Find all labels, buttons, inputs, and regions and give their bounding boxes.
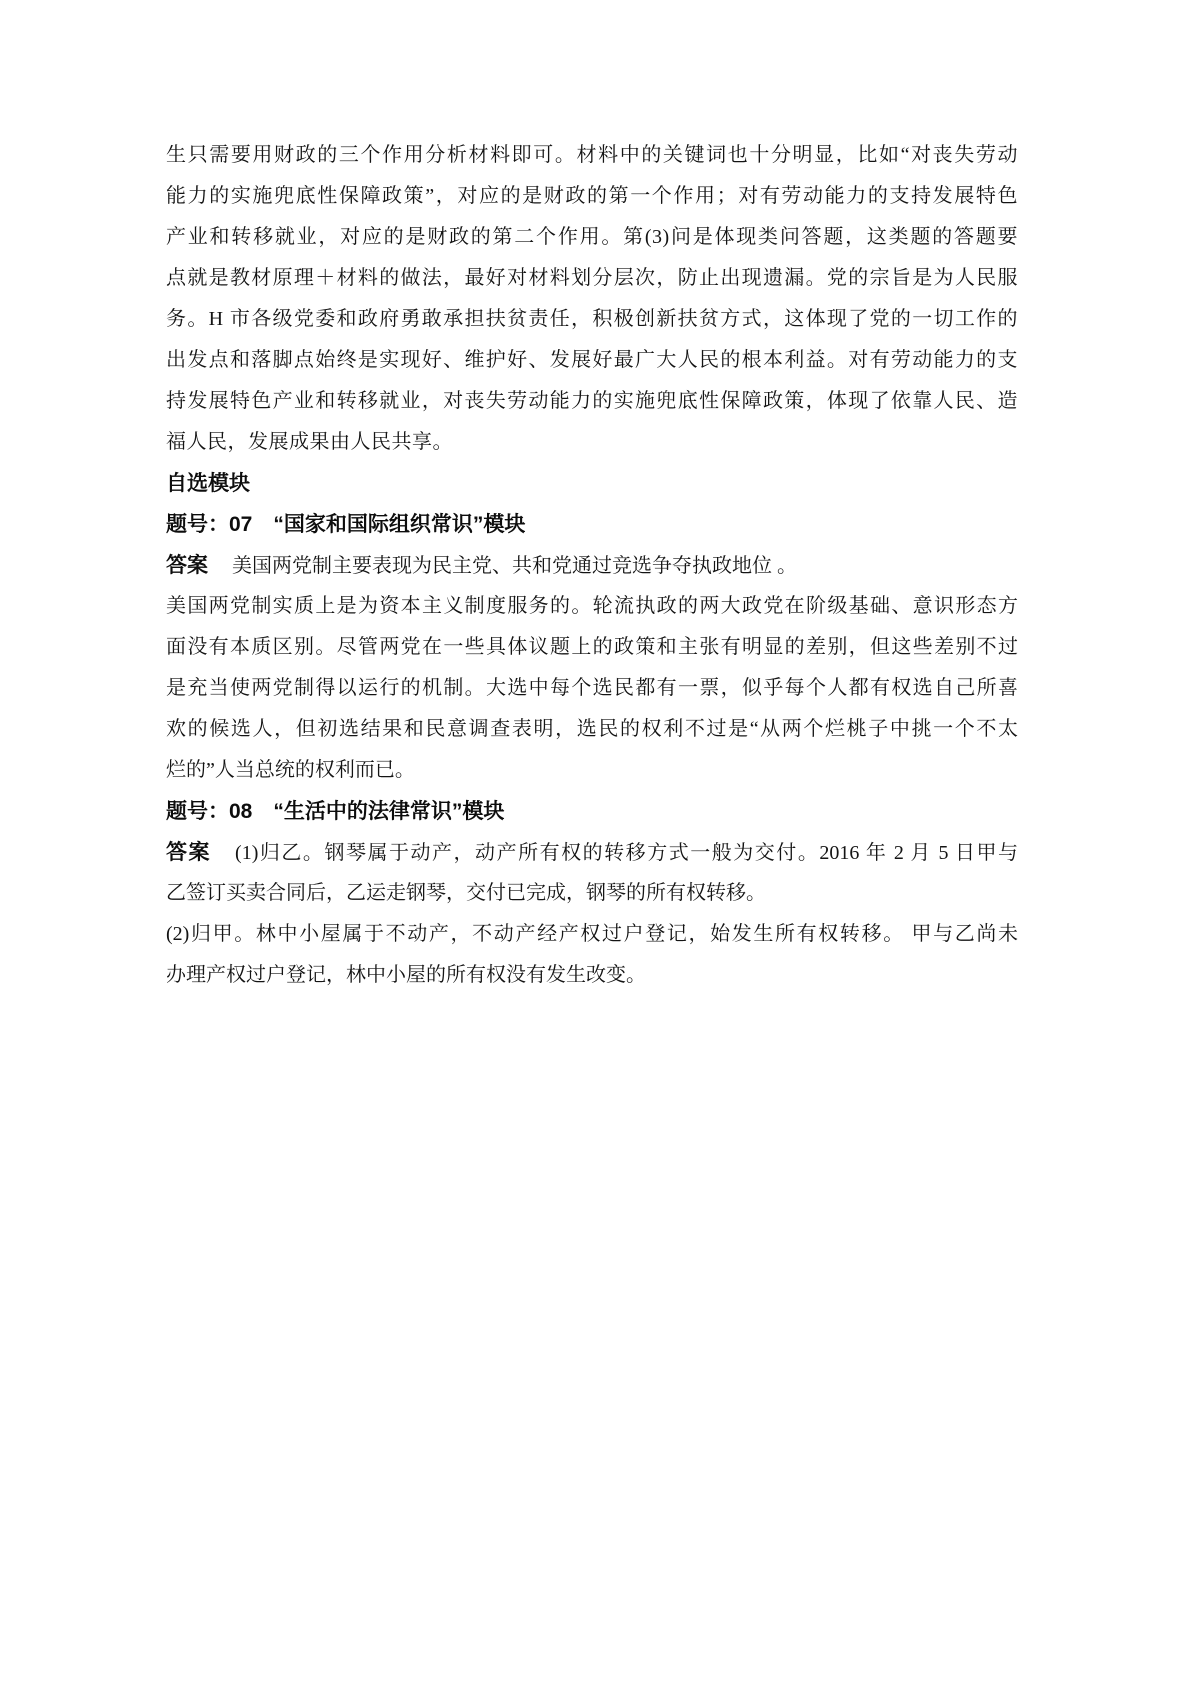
paragraph-line: 欢的候选人，但初选结果和民意调查表明，选民的权利不过是“从两个烂桃子中挑一个不太 — [166, 709, 1018, 750]
section-heading: 题号：08 “生活中的法律常识”模块 — [166, 791, 1018, 832]
section-heading: 题号：07 “国家和国际组织常识”模块 — [166, 504, 1018, 545]
answer-text: (1)归乙。钢琴属于动产，动产所有权的转移方式一般为交付。2016 年 2 月 … — [235, 842, 1018, 864]
paragraph-line: 产业和转移就业，对应的是财政的第二个作用。第(3)问是体现类问答题，这类题的答题… — [166, 217, 1018, 258]
paragraph-line: 福人民，发展成果由人民共享。 — [166, 422, 1018, 463]
paragraph-line: 持发展特色产业和转移就业，对丧失劳动能力的实施兜底性保障政策，体现了依靠人民、造 — [166, 381, 1018, 422]
answer-label: 答案 — [166, 841, 211, 864]
answer-line: 答案(1)归乙。钢琴属于动产，动产所有权的转移方式一般为交付。2016 年 2 … — [166, 832, 1018, 873]
paragraph-line: 出发点和落脚点始终是实现好、维护好、发展好最广大人民的根本利益。对有劳动能力的支 — [166, 340, 1018, 381]
paragraph-line: 务。H 市各级党委和政府勇敢承担扶贫责任，积极创新扶贫方式，这体现了党的一切工作… — [166, 299, 1018, 340]
section-heading: 自选模块 — [166, 463, 1018, 504]
answer-line: 答案美国两党制主要表现为民主党、共和党通过竞选争夺执政地位 。 — [166, 545, 1018, 586]
answer-line: 乙签订买卖合同后，乙运走钢琴，交付已完成，钢琴的所有权转移。 — [166, 873, 1018, 914]
paragraph-line: 烂的”人当总统的权利而已。 — [166, 750, 1018, 791]
paragraph-line: 点就是教材原理＋材料的做法，最好对材料划分层次，防止出现遗漏。党的宗旨是为人民服 — [166, 258, 1018, 299]
answer-text: 美国两党制主要表现为民主党、共和党通过竞选争夺执政地位 。 — [232, 555, 797, 577]
paragraph-line: 能力的实施兜底性保障政策”，对应的是财政的第一个作用；对有劳动能力的支持发展特色 — [166, 176, 1018, 217]
paragraph-line: (2)归甲。林中小屋属于不动产，不动产经产权过户登记，始发生所有权转移。 甲与乙… — [166, 914, 1018, 955]
document-page: 生只需要用财政的三个作用分析材料即可。材料中的关键词也十分明显，比如“对丧失劳动… — [0, 0, 1200, 1698]
paragraph-line: 美国两党制实质上是为资本主义制度服务的。轮流执政的两大政党在阶级基础、意识形态方 — [166, 586, 1018, 627]
paragraph-line: 生只需要用财政的三个作用分析材料即可。材料中的关键词也十分明显，比如“对丧失劳动 — [166, 135, 1018, 176]
document-body: 生只需要用财政的三个作用分析材料即可。材料中的关键词也十分明显，比如“对丧失劳动… — [166, 135, 1018, 996]
paragraph-line: 面没有本质区别。尽管两党在一些具体议题上的政策和主张有明显的差别，但这些差别不过 — [166, 627, 1018, 668]
paragraph-line: 办理产权过户登记，林中小屋的所有权没有发生改变。 — [166, 955, 1018, 996]
answer-label: 答案 — [166, 554, 208, 577]
paragraph-line: 是充当使两党制得以运行的机制。大选中每个选民都有一票，似乎每个人都有权选自己所喜 — [166, 668, 1018, 709]
